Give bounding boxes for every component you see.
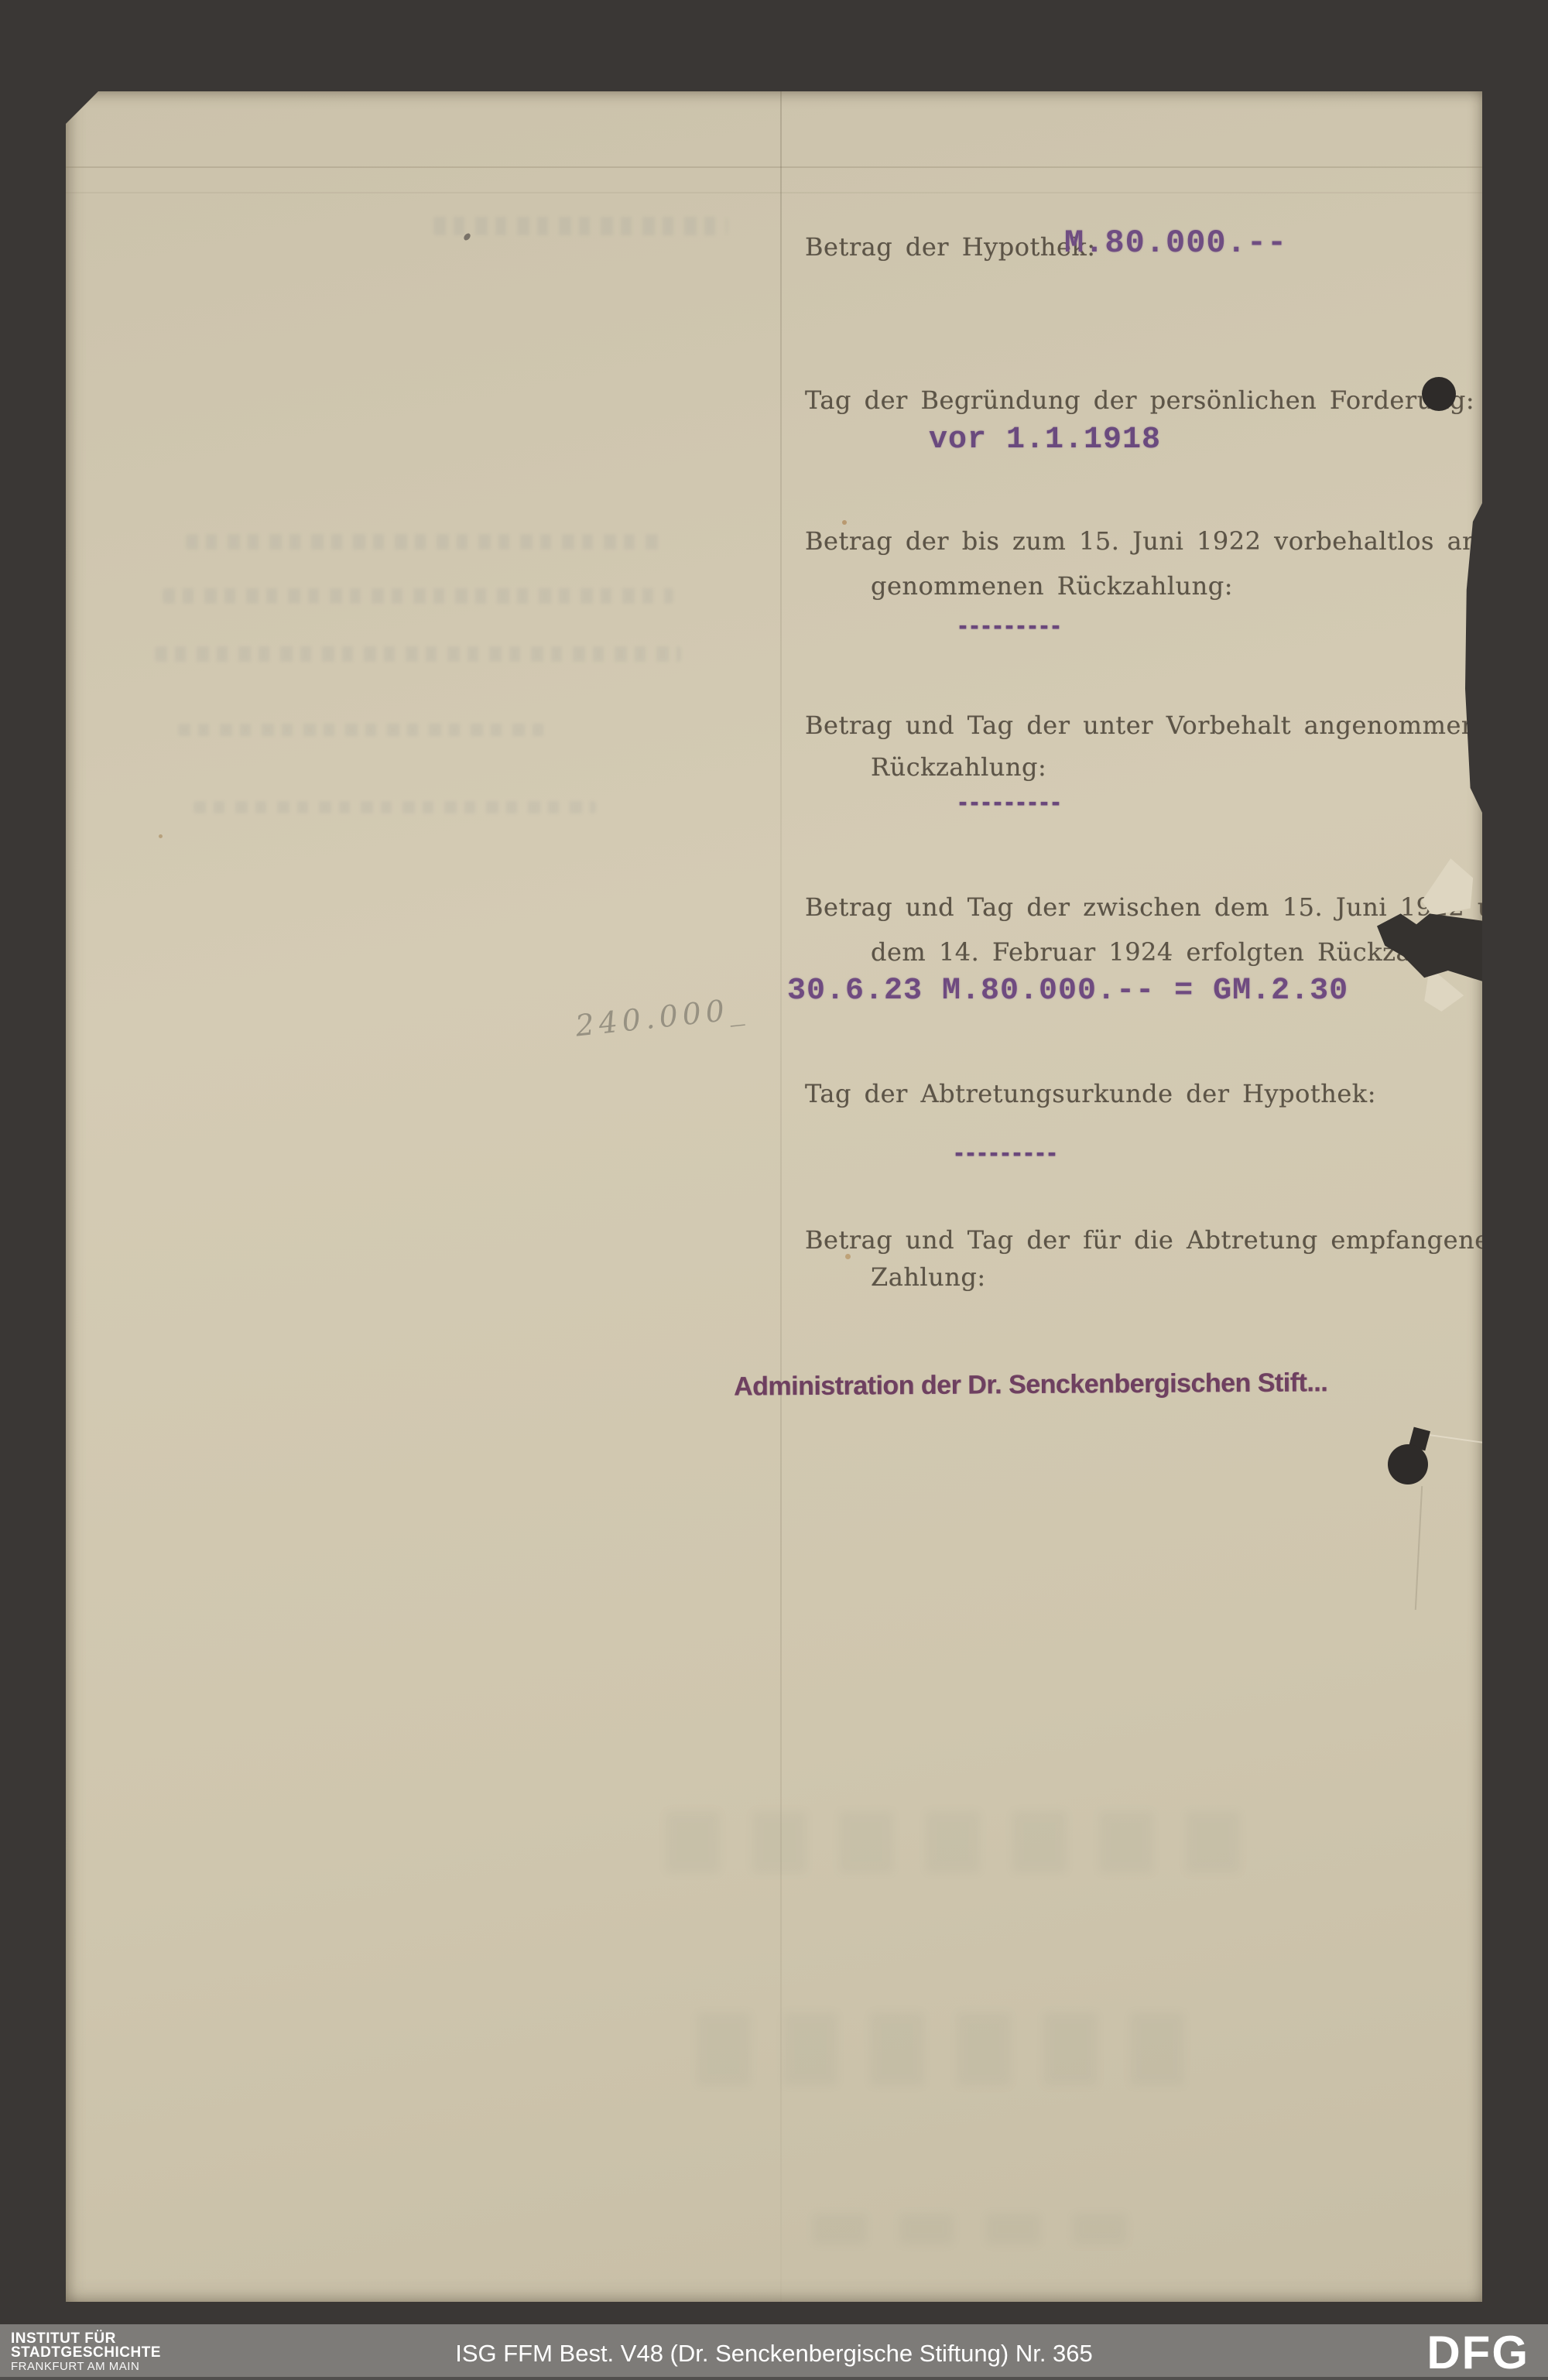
punch-hole-bottom (1388, 1444, 1428, 1485)
document-page: Betrag der Hypothek: M.80.000.-- Tag der… (66, 91, 1482, 2302)
paper-crack-line (1430, 1434, 1484, 1443)
dfg-logo: DFG (1426, 2326, 1529, 2379)
punch-hole-top (1422, 377, 1456, 411)
label-begruendung-forderung: Tag der Begründung der persönlichen Ford… (805, 385, 1474, 415)
label-abtretung-zahlung-line1: Betrag und Tag der für die Abtretung emp… (805, 1225, 1506, 1255)
vertical-fold-crease (780, 91, 782, 2302)
value-betrag-hypothek: M.80.000.-- (1064, 224, 1287, 262)
label-vorbehaltlos-line1: Betrag der bis zum 15. Juni 1922 vorbeha… (805, 526, 1500, 556)
label-vorbehalt-line2: Rückzahlung: (871, 752, 1046, 782)
handwritten-pencil-note: 240.000_ (574, 991, 750, 1043)
bleed-through-ghost (163, 588, 673, 604)
paper-tear-region (1351, 846, 1482, 1024)
bleed-through-ghost (155, 646, 681, 662)
label-vorbehalt-line1: Betrag und Tag der unter Vorbehalt angen… (805, 711, 1509, 740)
scan-viewport: Betrag der Hypothek: M.80.000.-- Tag der… (0, 0, 1548, 2380)
archive-footer: INSTITUT FÜR STADTGESCHICHTE FRANKFURT A… (0, 2324, 1548, 2380)
label-abtretungsurkunde: Tag der Abtretungsurkunde der Hypothek: (805, 1079, 1376, 1108)
value-begruendung-forderung: vor 1.1.1918 (929, 423, 1161, 457)
bleed-through-ghost (666, 1811, 1254, 1873)
empty-entry-dash: --------- (952, 1139, 1057, 1172)
label-vorbehaltlos-line2: genommenen Rückzahlung: (871, 571, 1233, 601)
rust-speck (159, 834, 163, 838)
paper-crack-line (1415, 1486, 1423, 1610)
bleed-through-ghost (186, 534, 666, 550)
bleed-through-ghost (697, 2012, 1200, 2086)
bleed-through-ghost (433, 217, 728, 235)
empty-entry-dash: --------- (956, 611, 1060, 645)
label-betrag-hypothek: Betrag der Hypothek: (805, 232, 1096, 262)
empty-entry-dash: --------- (956, 788, 1060, 821)
administration-stamp: Administration der Dr. Senckenbergischen… (734, 1368, 1327, 1402)
horizontal-crease (66, 192, 1482, 193)
value-erfolgte-rueckzahlung: 30.6.23 M.80.000.-- = GM.2.30 (787, 974, 1348, 1009)
bleed-through-ghost (813, 2214, 1138, 2245)
bleed-through-ghost (178, 724, 550, 736)
label-abtretung-zahlung-line2: Zahlung: (871, 1262, 986, 1292)
bleed-through-ghost (193, 801, 596, 813)
rust-speck (845, 1254, 851, 1259)
archive-reference: ISG FFM Best. V48 (Dr. Senckenbergische … (0, 2340, 1548, 2368)
horizontal-crease (66, 166, 1482, 168)
rust-speck (842, 520, 847, 525)
